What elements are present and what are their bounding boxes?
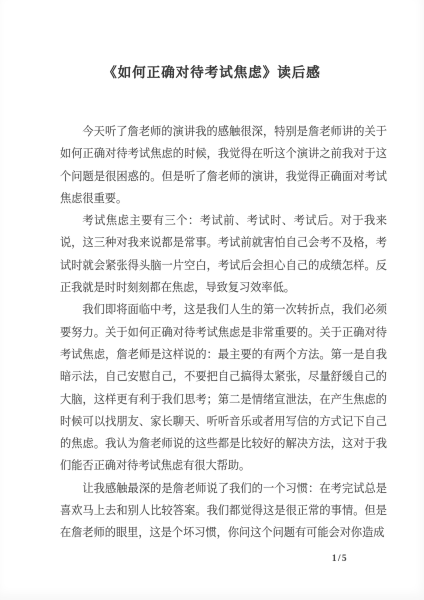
body-paragraph: 让我感触最深的是詹老师说了我们的一个习惯：在考完试总是喜欢马上去和别人比较答案。… xyxy=(60,478,387,545)
page-title: 《如何正确对待考试焦虑》读后感 xyxy=(0,0,424,81)
body-paragraph: 今天听了詹老师的演讲我的感触很深，特别是詹老师讲的关于如何正确对待考试焦虑的时候… xyxy=(60,121,387,210)
page-number: 1/5 xyxy=(332,553,348,563)
body-paragraph: 考试焦虑主要有三个：考试前、考试时、考试后。对于我来说，这三种对我来说都是常事。… xyxy=(60,210,387,299)
body-paragraph: 我们即将面临中考，这是我们人生的第一次转折点，我们必须要努力。关于如何正确对待考… xyxy=(60,299,387,477)
document-body: 今天听了詹老师的演讲我的感触很深，特别是詹老师讲的关于如何正确对待考试焦虑的时候… xyxy=(60,121,387,545)
document-page: 《如何正确对待考试焦虑》读后感 今天听了詹老师的演讲我的感触很深，特别是詹老师讲… xyxy=(0,0,424,600)
